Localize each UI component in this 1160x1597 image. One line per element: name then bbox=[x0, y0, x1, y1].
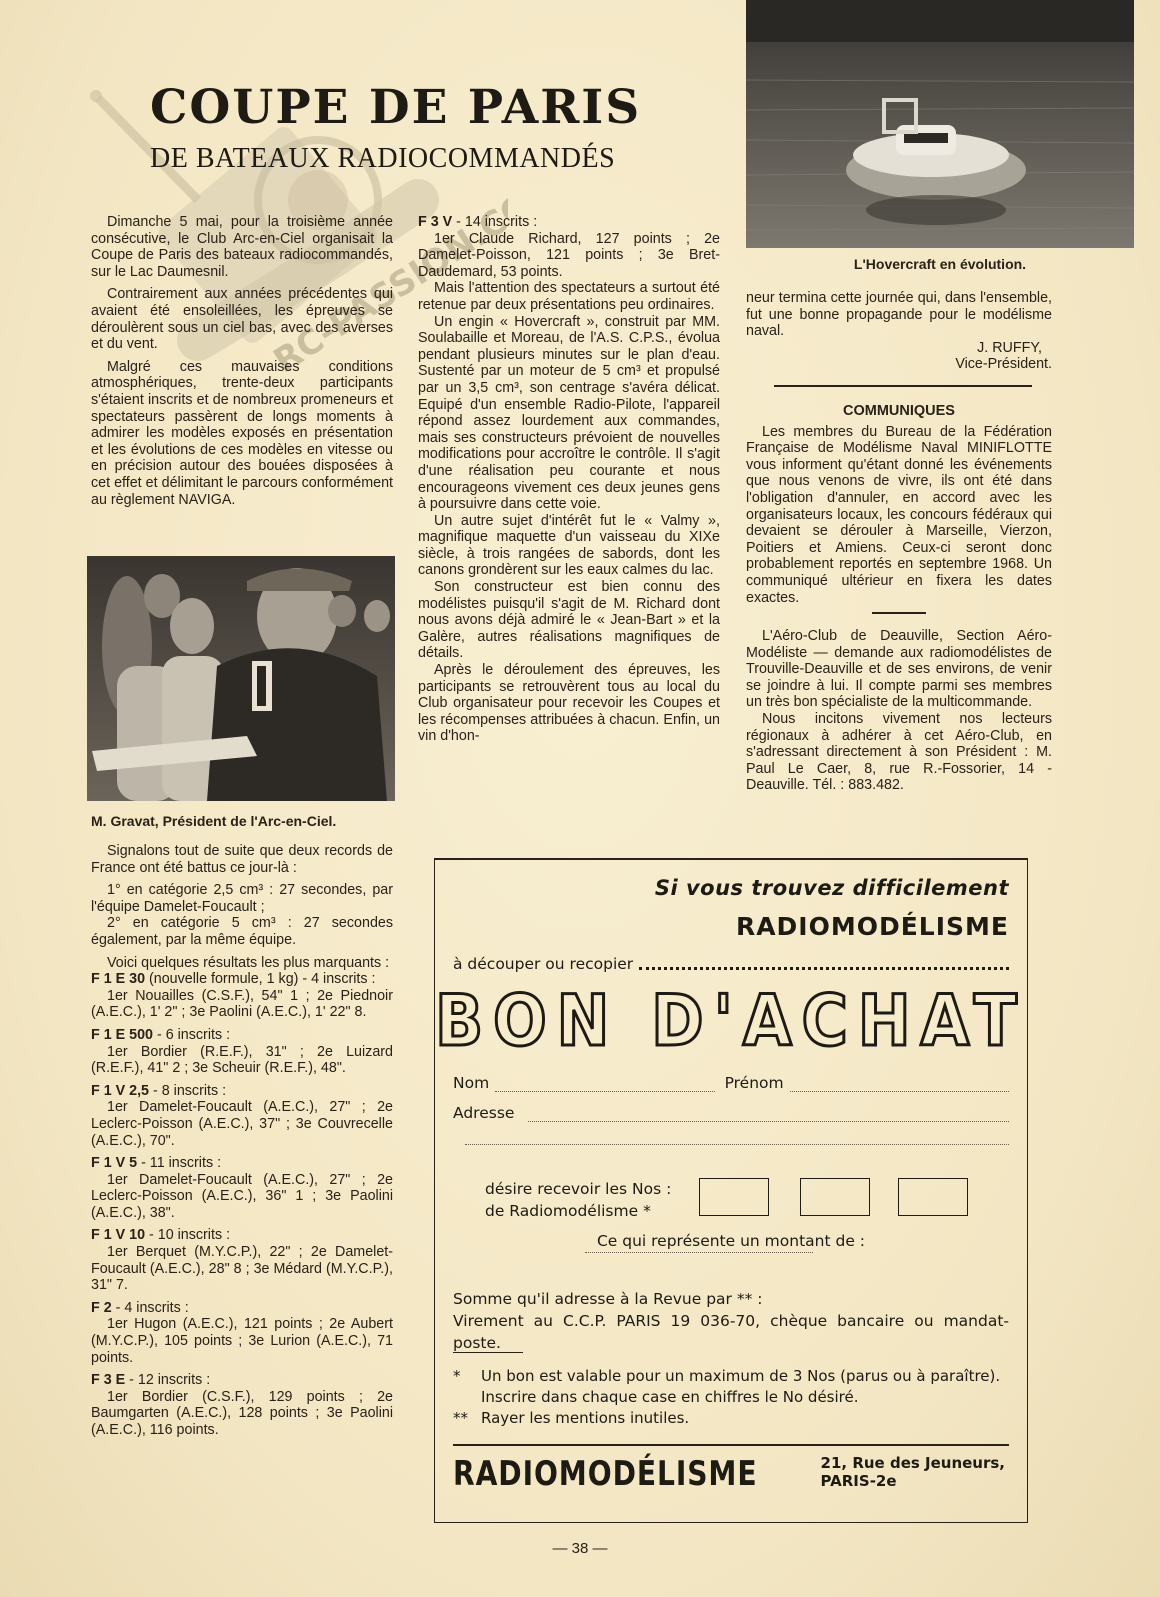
left-column-intro: Dimanche 5 mai, pour la troisième année … bbox=[91, 214, 393, 514]
footnote: ** Rayer les mentions inutiles. bbox=[453, 1408, 1009, 1429]
result-text: 1er Bordier (C.S.F.), 129 points ; 2e Ba… bbox=[91, 1389, 393, 1439]
result-text: 1er Hugon (A.E.C.), 121 points ; 2e Aube… bbox=[91, 1316, 393, 1366]
payment-methods: Virement au C.C.P. PARIS 19 036-70, chèq… bbox=[453, 1310, 1009, 1354]
adresse-field-2[interactable] bbox=[465, 1134, 1009, 1145]
footnote: * Un bon est valable pour un maximum de … bbox=[453, 1366, 1009, 1408]
result-heading: F 1 V 10 - 10 inscrits : bbox=[91, 1227, 393, 1244]
result-text: 1er Nouailles (C.S.F.), 54" 1 ; 2e Piedn… bbox=[91, 988, 393, 1021]
right-column: neur termina cette journée qui, dans l'e… bbox=[746, 290, 1052, 794]
paragraph: Un engin « Hovercraft », construit par M… bbox=[418, 314, 720, 513]
paragraph: Signalons tout de suite que deux records… bbox=[91, 843, 393, 876]
cut-instruction: à découper ou recopier bbox=[453, 955, 1009, 973]
section-divider bbox=[774, 385, 1032, 387]
name-row: Nom Prénom bbox=[453, 1074, 1009, 1092]
nom-field[interactable] bbox=[495, 1081, 714, 1092]
result-heading: F 1 V 2,5 - 8 inscrits : bbox=[91, 1083, 393, 1100]
coupon-heading: BON D'ACHAT bbox=[435, 980, 1027, 1062]
issue-number-box-1[interactable] bbox=[699, 1178, 769, 1216]
page-number: — 38 — bbox=[0, 1540, 1160, 1557]
record-item: 2° en catégorie 5 cm³ : 27 secondes égal… bbox=[91, 915, 393, 948]
president-photo bbox=[87, 556, 395, 801]
issue-request-label: désire recevoir les Nos : de Radiomodéli… bbox=[485, 1178, 671, 1222]
footer-address: 21, Rue des Jeuneurs, PARIS-2e bbox=[821, 1454, 1005, 1490]
payment-info: Somme qu'il adresse à la Revue par ** : … bbox=[453, 1288, 1009, 1354]
hovercraft-photo-caption: L'Hovercraft en évolution. bbox=[746, 256, 1134, 272]
adresse-field[interactable] bbox=[528, 1111, 1009, 1122]
paragraph: Dimanche 5 mai, pour la troisième année … bbox=[91, 214, 393, 280]
article-subtitle: DE BATEAUX RADIOCOMMANDÉS bbox=[150, 143, 670, 175]
footnote-divider bbox=[453, 1352, 523, 1353]
signature-name: J. RUFFY, bbox=[746, 340, 1052, 357]
result-text: 1er Damelet-Foucault (A.E.C.), 27" ; 2e … bbox=[91, 1099, 393, 1149]
payment-label: Somme qu'il adresse à la Revue par ** : bbox=[453, 1288, 1009, 1310]
result-text: 1er Claude Richard, 127 points ; 2e Dame… bbox=[418, 231, 720, 281]
amount-label: Ce qui représente un montant de : bbox=[435, 1232, 1027, 1250]
short-divider bbox=[872, 612, 926, 614]
adresse-label: Adresse bbox=[453, 1104, 514, 1122]
record-item: 1° en catégorie 2,5 cm³ : 27 secondes, p… bbox=[91, 882, 393, 915]
signature-title: Vice-Président. bbox=[746, 356, 1052, 373]
footer-brand: RADIOMODÉLISME bbox=[453, 1454, 758, 1494]
paragraph: Contrairement aux années précédentes qui… bbox=[91, 286, 393, 352]
result-text: 1er Bordier (R.E.F.), 31" ; 2e Luizard (… bbox=[91, 1044, 393, 1077]
result-heading: F 3 E - 12 inscrits : bbox=[91, 1372, 393, 1389]
address-row: Adresse bbox=[453, 1104, 1009, 1122]
nom-label: Nom bbox=[453, 1074, 489, 1092]
address-row-2 bbox=[465, 1134, 1009, 1145]
result-heading: F 3 V - 14 inscrits : bbox=[418, 214, 720, 231]
result-heading: F 1 E 500 - 6 inscrits : bbox=[91, 1027, 393, 1044]
result-text: 1er Berquet (M.Y.C.P.), 22" ; 2e Damelet… bbox=[91, 1244, 393, 1294]
issue-number-box-2[interactable] bbox=[800, 1178, 870, 1216]
coupon-brand: RADIOMODÉLISME bbox=[736, 912, 1009, 941]
left-column-results: Signalons tout de suite que deux records… bbox=[91, 843, 393, 1445]
paragraph: neur termina cette journée qui, dans l'e… bbox=[746, 290, 1052, 340]
prenom-field[interactable] bbox=[790, 1081, 1009, 1092]
paragraph: Son constructeur est bien connu des modé… bbox=[418, 579, 720, 662]
paragraph: Un autre sujet d'intérêt fut le « Valmy … bbox=[418, 513, 720, 579]
result-heading: F 1 V 5 - 11 inscrits : bbox=[91, 1155, 393, 1172]
cut-line bbox=[639, 959, 1009, 970]
hovercraft-photo bbox=[746, 0, 1134, 248]
paragraph: Mais l'attention des spectateurs a surto… bbox=[418, 280, 720, 313]
issue-number-box-3[interactable] bbox=[898, 1178, 968, 1216]
paragraph: Malgré ces mauvaises conditions atmosphé… bbox=[91, 359, 393, 508]
paragraph: Voici quelques résultats les plus marqua… bbox=[91, 955, 393, 972]
paragraph: Nous incitons vivement nos lecteurs régi… bbox=[746, 711, 1052, 794]
result-heading: F 2 - 4 inscrits : bbox=[91, 1300, 393, 1317]
magazine-page: RC-PASSION.COM COUPE DE PARIS DE BATEAUX… bbox=[0, 0, 1160, 1597]
coupon-tagline: Si vous trouvez difficilement bbox=[655, 876, 1009, 900]
paragraph: Après le déroulement des épreuves, les p… bbox=[418, 662, 720, 745]
article-title: COUPE DE PARIS bbox=[150, 80, 670, 135]
amount-field[interactable] bbox=[585, 1252, 813, 1253]
prenom-label: Prénom bbox=[725, 1074, 784, 1092]
communiques-heading: COMMUNIQUES bbox=[746, 403, 1052, 420]
result-text: 1er Damelet-Foucault (A.E.C.), 27" ; 2e … bbox=[91, 1172, 393, 1222]
result-heading: F 1 E 30 (nouvelle formule, 1 kg) - 4 in… bbox=[91, 971, 393, 988]
coupon-footnotes: * Un bon est valable pour un maximum de … bbox=[453, 1366, 1009, 1429]
paragraph: Les membres du Bureau de la Fédération F… bbox=[746, 424, 1052, 607]
president-photo-caption: M. Gravat, Président de l'Arc-en-Ciel. bbox=[91, 813, 393, 829]
paragraph: L'Aéro-Club de Deauville, Section Aéro-M… bbox=[746, 628, 1052, 711]
middle-column: F 3 V - 14 inscrits : 1er Claude Richard… bbox=[418, 214, 720, 745]
purchase-coupon: Si vous trouvez difficilement RADIOMODÉL… bbox=[434, 858, 1028, 1523]
footer-divider bbox=[453, 1444, 1009, 1446]
